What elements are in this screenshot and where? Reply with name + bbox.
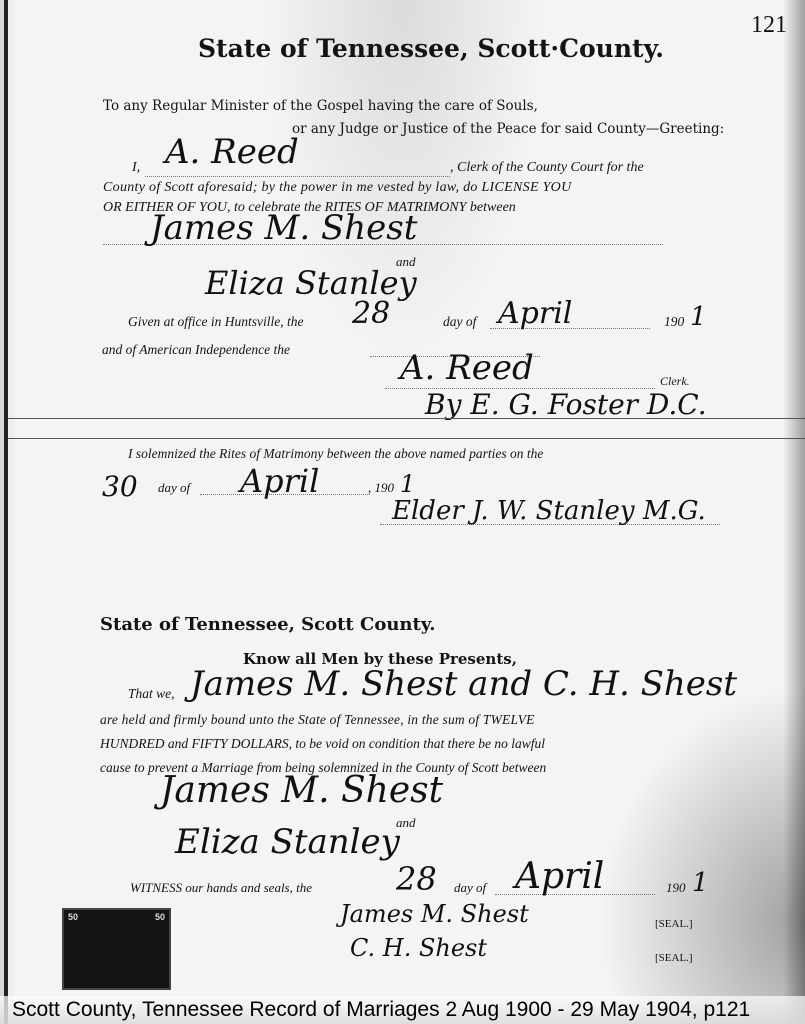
solemnization-year-prefix: , 190 [368, 480, 394, 496]
bond-title: State of Tennessee, Scott County. [100, 614, 435, 635]
page-shadow [783, 0, 805, 1024]
seal-1: [SEAL.] [655, 918, 693, 930]
officiant-signature: Elder J. W. Stanley M.G. [392, 496, 706, 526]
seal-2: [SEAL.] [655, 952, 693, 964]
license-address-line2: or any Judge or Justice of the Peace for… [292, 121, 724, 137]
independence-text: and of American Independence the [102, 342, 290, 358]
given-month: April [498, 296, 572, 331]
clerk-name: A. Reed [165, 132, 299, 172]
bond-obligors: James M. Shest and C. H. Shest [190, 664, 737, 704]
section-divider-2 [8, 438, 805, 439]
given-day-of: day of [443, 314, 476, 330]
bond-signature-1: James M. Shest [340, 900, 529, 928]
witness-year-prefix: 190 [666, 880, 686, 896]
bond-line2: HUNDRED and FIFTY DOLLARS, to be void on… [100, 736, 545, 752]
clerk-label: Clerk. [660, 374, 690, 389]
solemnization-year-suffix: 1 [400, 470, 415, 498]
given-year-prefix: 190 [664, 314, 684, 330]
clerk-name-line [145, 176, 450, 177]
license-title: State of Tennessee, Scott·County. [198, 34, 664, 63]
clerk-text1: , Clerk of the County Court for the [450, 160, 644, 176]
witness-month: April [515, 856, 604, 897]
deputy-signature: By E. G. Foster D.C. [425, 388, 707, 421]
witness-day-of: day of [454, 880, 486, 896]
binding-edge [0, 0, 14, 1024]
license-groom: James M. Shest [150, 208, 417, 248]
bond-line1: are held and firmly bound unto the State… [100, 712, 535, 728]
clerk-signature: A. Reed [400, 348, 534, 388]
given-prefix: Given at office in Huntsville, the [128, 314, 303, 330]
stamp-value-left: 50 [68, 912, 78, 922]
solemnization-day-of: day of [158, 480, 190, 496]
bond-signature-2: C. H. Shest [350, 934, 487, 962]
clerk-text2: County of Scott aforesaid; by the power … [103, 180, 572, 196]
section-divider [8, 418, 805, 419]
witness-prefix: WITNESS our hands and seals, the [130, 880, 312, 896]
given-year-suffix: 1 [690, 302, 707, 332]
given-day: 28 [352, 296, 390, 331]
solemnization-text: I solemnized the Rites of Matrimony betw… [128, 446, 543, 462]
license-address-line1: To any Regular Minister of the Gospel ha… [103, 98, 538, 114]
clerk-prefix: I, [132, 160, 140, 176]
bond-bride: Eliza Stanley [175, 822, 400, 862]
document-page: 121 State of Tennessee, Scott·County. To… [0, 0, 805, 1024]
record-caption: Scott County, Tennessee Record of Marria… [0, 996, 805, 1024]
page-number: 121 [751, 12, 787, 39]
witness-day: 28 [396, 860, 437, 898]
witness-year-suffix: 1 [692, 868, 709, 898]
solemnization-day: 30 [102, 470, 138, 503]
revenue-stamp: 50 50 [62, 908, 171, 990]
bond-groom: James M. Shest [160, 770, 443, 811]
bond-that-we: That we, [128, 686, 175, 702]
solemnization-month: April [240, 462, 319, 500]
stamp-value-right: 50 [155, 912, 165, 922]
